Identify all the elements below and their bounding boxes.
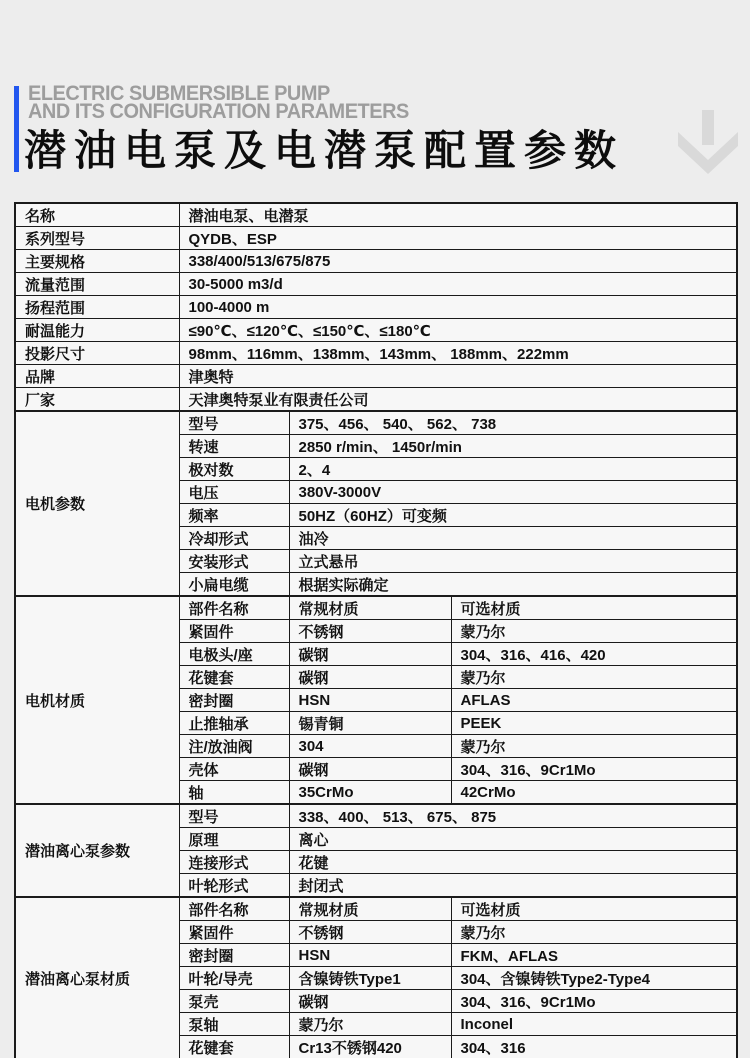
optional-material: PEEK [451, 712, 737, 735]
part-name: 电极头/座 [179, 643, 289, 666]
optional-material: AFLAS [451, 689, 737, 712]
optional-material: 304、316、9Cr1Mo [451, 990, 737, 1013]
table-row: 流量范围30-5000 m3/d [15, 273, 737, 296]
row-value: 100-4000 m [179, 296, 737, 319]
row-value: 2850 r/min、 1450r/min [289, 435, 737, 458]
part-name: 紧固件 [179, 921, 289, 944]
regular-material: 蒙乃尔 [289, 1013, 451, 1036]
part-name: 密封圈 [179, 689, 289, 712]
optional-material: 蒙乃尔 [451, 921, 737, 944]
section-group-label: 电机参数 [15, 411, 179, 596]
row-value: 2、4 [289, 458, 737, 481]
page-header: ELECTRIC SUBMERSIBLE PUMP AND ITS CONFIG… [0, 0, 750, 202]
row-label: 流量范围 [15, 273, 179, 296]
row-value: 花键 [289, 851, 737, 874]
row-value: 封闭式 [289, 874, 737, 898]
row-label: 小扁电缆 [179, 573, 289, 597]
row-value: QYDB、ESP [179, 227, 737, 250]
table-row: 潜油离心泵材质部件名称常规材质可选材质 [15, 897, 737, 921]
part-name: 止推轴承 [179, 712, 289, 735]
row-value: 离心 [289, 828, 737, 851]
table-row: 电机材质部件名称常规材质可选材质 [15, 596, 737, 620]
regular-material: HSN [289, 944, 451, 967]
row-value: 油冷 [289, 527, 737, 550]
regular-material: 不锈钢 [289, 620, 451, 643]
row-label: 转速 [179, 435, 289, 458]
table-row: 扬程范围100-4000 m [15, 296, 737, 319]
section-group-label: 潜油离心泵参数 [15, 804, 179, 897]
table-row: 投影尺寸98mm、116mm、138mm、143mm、 188mm、222mm [15, 342, 737, 365]
row-label: 名称 [15, 203, 179, 227]
row-value: ≤90℃、≤120℃、≤150℃、≤180℃ [179, 319, 737, 342]
row-value: 天津奥特泵业有限责任公司 [179, 388, 737, 412]
row-label: 连接形式 [179, 851, 289, 874]
accent-bar [14, 86, 19, 172]
row-value: 98mm、116mm、138mm、143mm、 188mm、222mm [179, 342, 737, 365]
section-group-label: 电机材质 [15, 596, 179, 804]
regular-material: 含镍铸铁Type1 [289, 967, 451, 990]
regular-material: HSN [289, 689, 451, 712]
part-name: 叶轮/导壳 [179, 967, 289, 990]
row-label: 耐温能力 [15, 319, 179, 342]
row-value: 375、456、 540、 562、 738 [289, 411, 737, 435]
optional-material: 304、316、9Cr1Mo [451, 758, 737, 781]
row-value: 立式悬吊 [289, 550, 737, 573]
part-name: 泵轴 [179, 1013, 289, 1036]
part-name: 注/放油阀 [179, 735, 289, 758]
part-name: 部件名称 [179, 596, 289, 620]
row-value: 津奥特 [179, 365, 737, 388]
row-value: 30-5000 m3/d [179, 273, 737, 296]
esp-parameters-page: ELECTRIC SUBMERSIBLE PUMP AND ITS CONFIG… [0, 0, 750, 1058]
optional-material: Inconel [451, 1013, 737, 1036]
regular-material: 碳钢 [289, 666, 451, 689]
row-value: 潜油电泵、电潜泵 [179, 203, 737, 227]
optional-material: 可选材质 [451, 596, 737, 620]
down-arrow-icon [678, 110, 738, 178]
row-value: 根据实际确定 [289, 573, 737, 597]
part-name: 部件名称 [179, 897, 289, 921]
optional-material: 蒙乃尔 [451, 666, 737, 689]
regular-material: 304 [289, 735, 451, 758]
section-group-label: 潜油离心泵材质 [15, 897, 179, 1058]
optional-material: 可选材质 [451, 897, 737, 921]
part-name: 花键套 [179, 666, 289, 689]
optional-material: 蒙乃尔 [451, 620, 737, 643]
table-row: 主要规格338/400/513/675/875 [15, 250, 737, 273]
optional-material: 42CrMo [451, 781, 737, 805]
row-label: 叶轮形式 [179, 874, 289, 898]
row-label: 电压 [179, 481, 289, 504]
optional-material: 蒙乃尔 [451, 735, 737, 758]
optional-material: 304、含镍铸铁Type2-Type4 [451, 967, 737, 990]
part-name: 紧固件 [179, 620, 289, 643]
table-row: 系列型号QYDB、ESP [15, 227, 737, 250]
row-value: 338/400/513/675/875 [179, 250, 737, 273]
table-row: 名称潜油电泵、电潜泵 [15, 203, 737, 227]
row-label: 品牌 [15, 365, 179, 388]
row-label: 安装形式 [179, 550, 289, 573]
row-label: 型号 [179, 411, 289, 435]
part-name: 泵壳 [179, 990, 289, 1013]
part-name: 壳体 [179, 758, 289, 781]
row-label: 投影尺寸 [15, 342, 179, 365]
table-row: 潜油离心泵参数型号338、400、 513、 675、 875 [15, 804, 737, 828]
regular-material: 锡青铜 [289, 712, 451, 735]
part-name: 轴 [179, 781, 289, 805]
row-label: 主要规格 [15, 250, 179, 273]
row-label: 极对数 [179, 458, 289, 481]
part-name: 花键套 [179, 1036, 289, 1058]
page-title: 潜油电泵及电潜泵配置参数 [24, 118, 624, 178]
optional-material: FKM、AFLAS [451, 944, 737, 967]
row-label: 厂家 [15, 388, 179, 412]
table-row: 厂家天津奥特泵业有限责任公司 [15, 388, 737, 412]
parameters-table: 名称潜油电泵、电潜泵系列型号QYDB、ESP主要规格338/400/513/67… [14, 202, 738, 1058]
optional-material: 304、316、416、420 [451, 643, 737, 666]
row-label: 扬程范围 [15, 296, 179, 319]
table-row: 品牌津奥特 [15, 365, 737, 388]
row-value: 380V-3000V [289, 481, 737, 504]
part-name: 密封圈 [179, 944, 289, 967]
row-label: 系列型号 [15, 227, 179, 250]
row-label: 冷却形式 [179, 527, 289, 550]
regular-material: Cr13不锈钢420 [289, 1036, 451, 1058]
row-value: 338、400、 513、 675、 875 [289, 804, 737, 828]
optional-material: 304、316 [451, 1036, 737, 1058]
subtitle-english: ELECTRIC SUBMERSIBLE PUMP AND ITS CONFIG… [28, 85, 409, 121]
row-label: 型号 [179, 804, 289, 828]
row-label: 原理 [179, 828, 289, 851]
regular-material: 35CrMo [289, 781, 451, 805]
regular-material: 碳钢 [289, 990, 451, 1013]
table-row: 电机参数型号375、456、 540、 562、 738 [15, 411, 737, 435]
regular-material: 常规材质 [289, 596, 451, 620]
regular-material: 碳钢 [289, 643, 451, 666]
row-value: 50HZ（60HZ）可变频 [289, 504, 737, 527]
table-row: 耐温能力≤90℃、≤120℃、≤150℃、≤180℃ [15, 319, 737, 342]
regular-material: 常规材质 [289, 897, 451, 921]
regular-material: 碳钢 [289, 758, 451, 781]
row-label: 频率 [179, 504, 289, 527]
regular-material: 不锈钢 [289, 921, 451, 944]
